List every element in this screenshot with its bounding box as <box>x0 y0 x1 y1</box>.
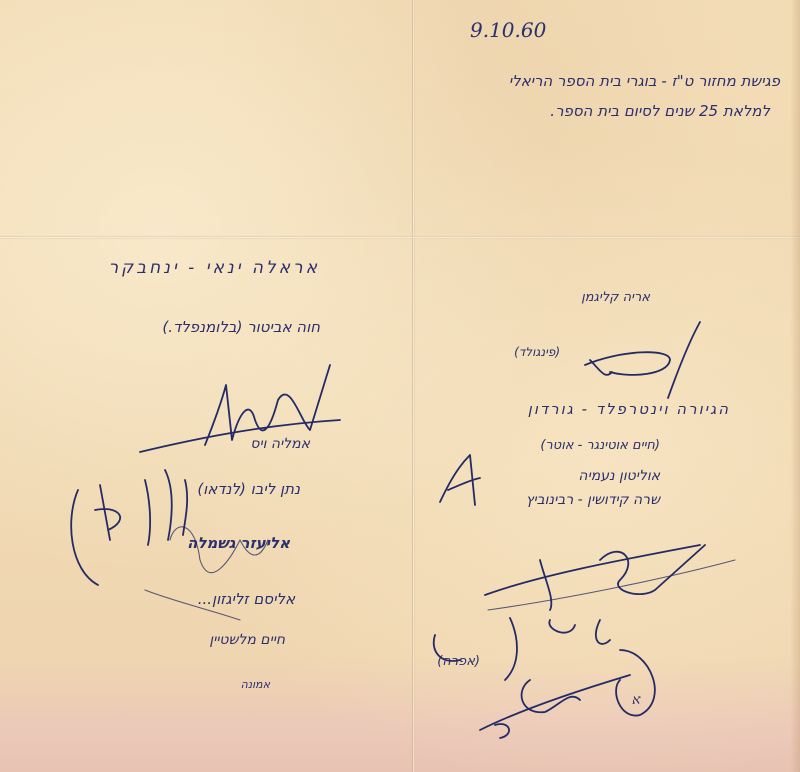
signature-1 <box>140 365 340 452</box>
signature-3 <box>145 527 268 620</box>
signature-2 <box>71 470 187 585</box>
signature-4 <box>585 322 700 398</box>
initial-letter: א <box>632 693 641 708</box>
signature-5 <box>440 455 480 505</box>
signature-6 <box>485 545 705 644</box>
signature-7-paren <box>434 618 517 680</box>
signature-7 <box>480 650 655 738</box>
signatures-layer: א <box>0 0 800 772</box>
